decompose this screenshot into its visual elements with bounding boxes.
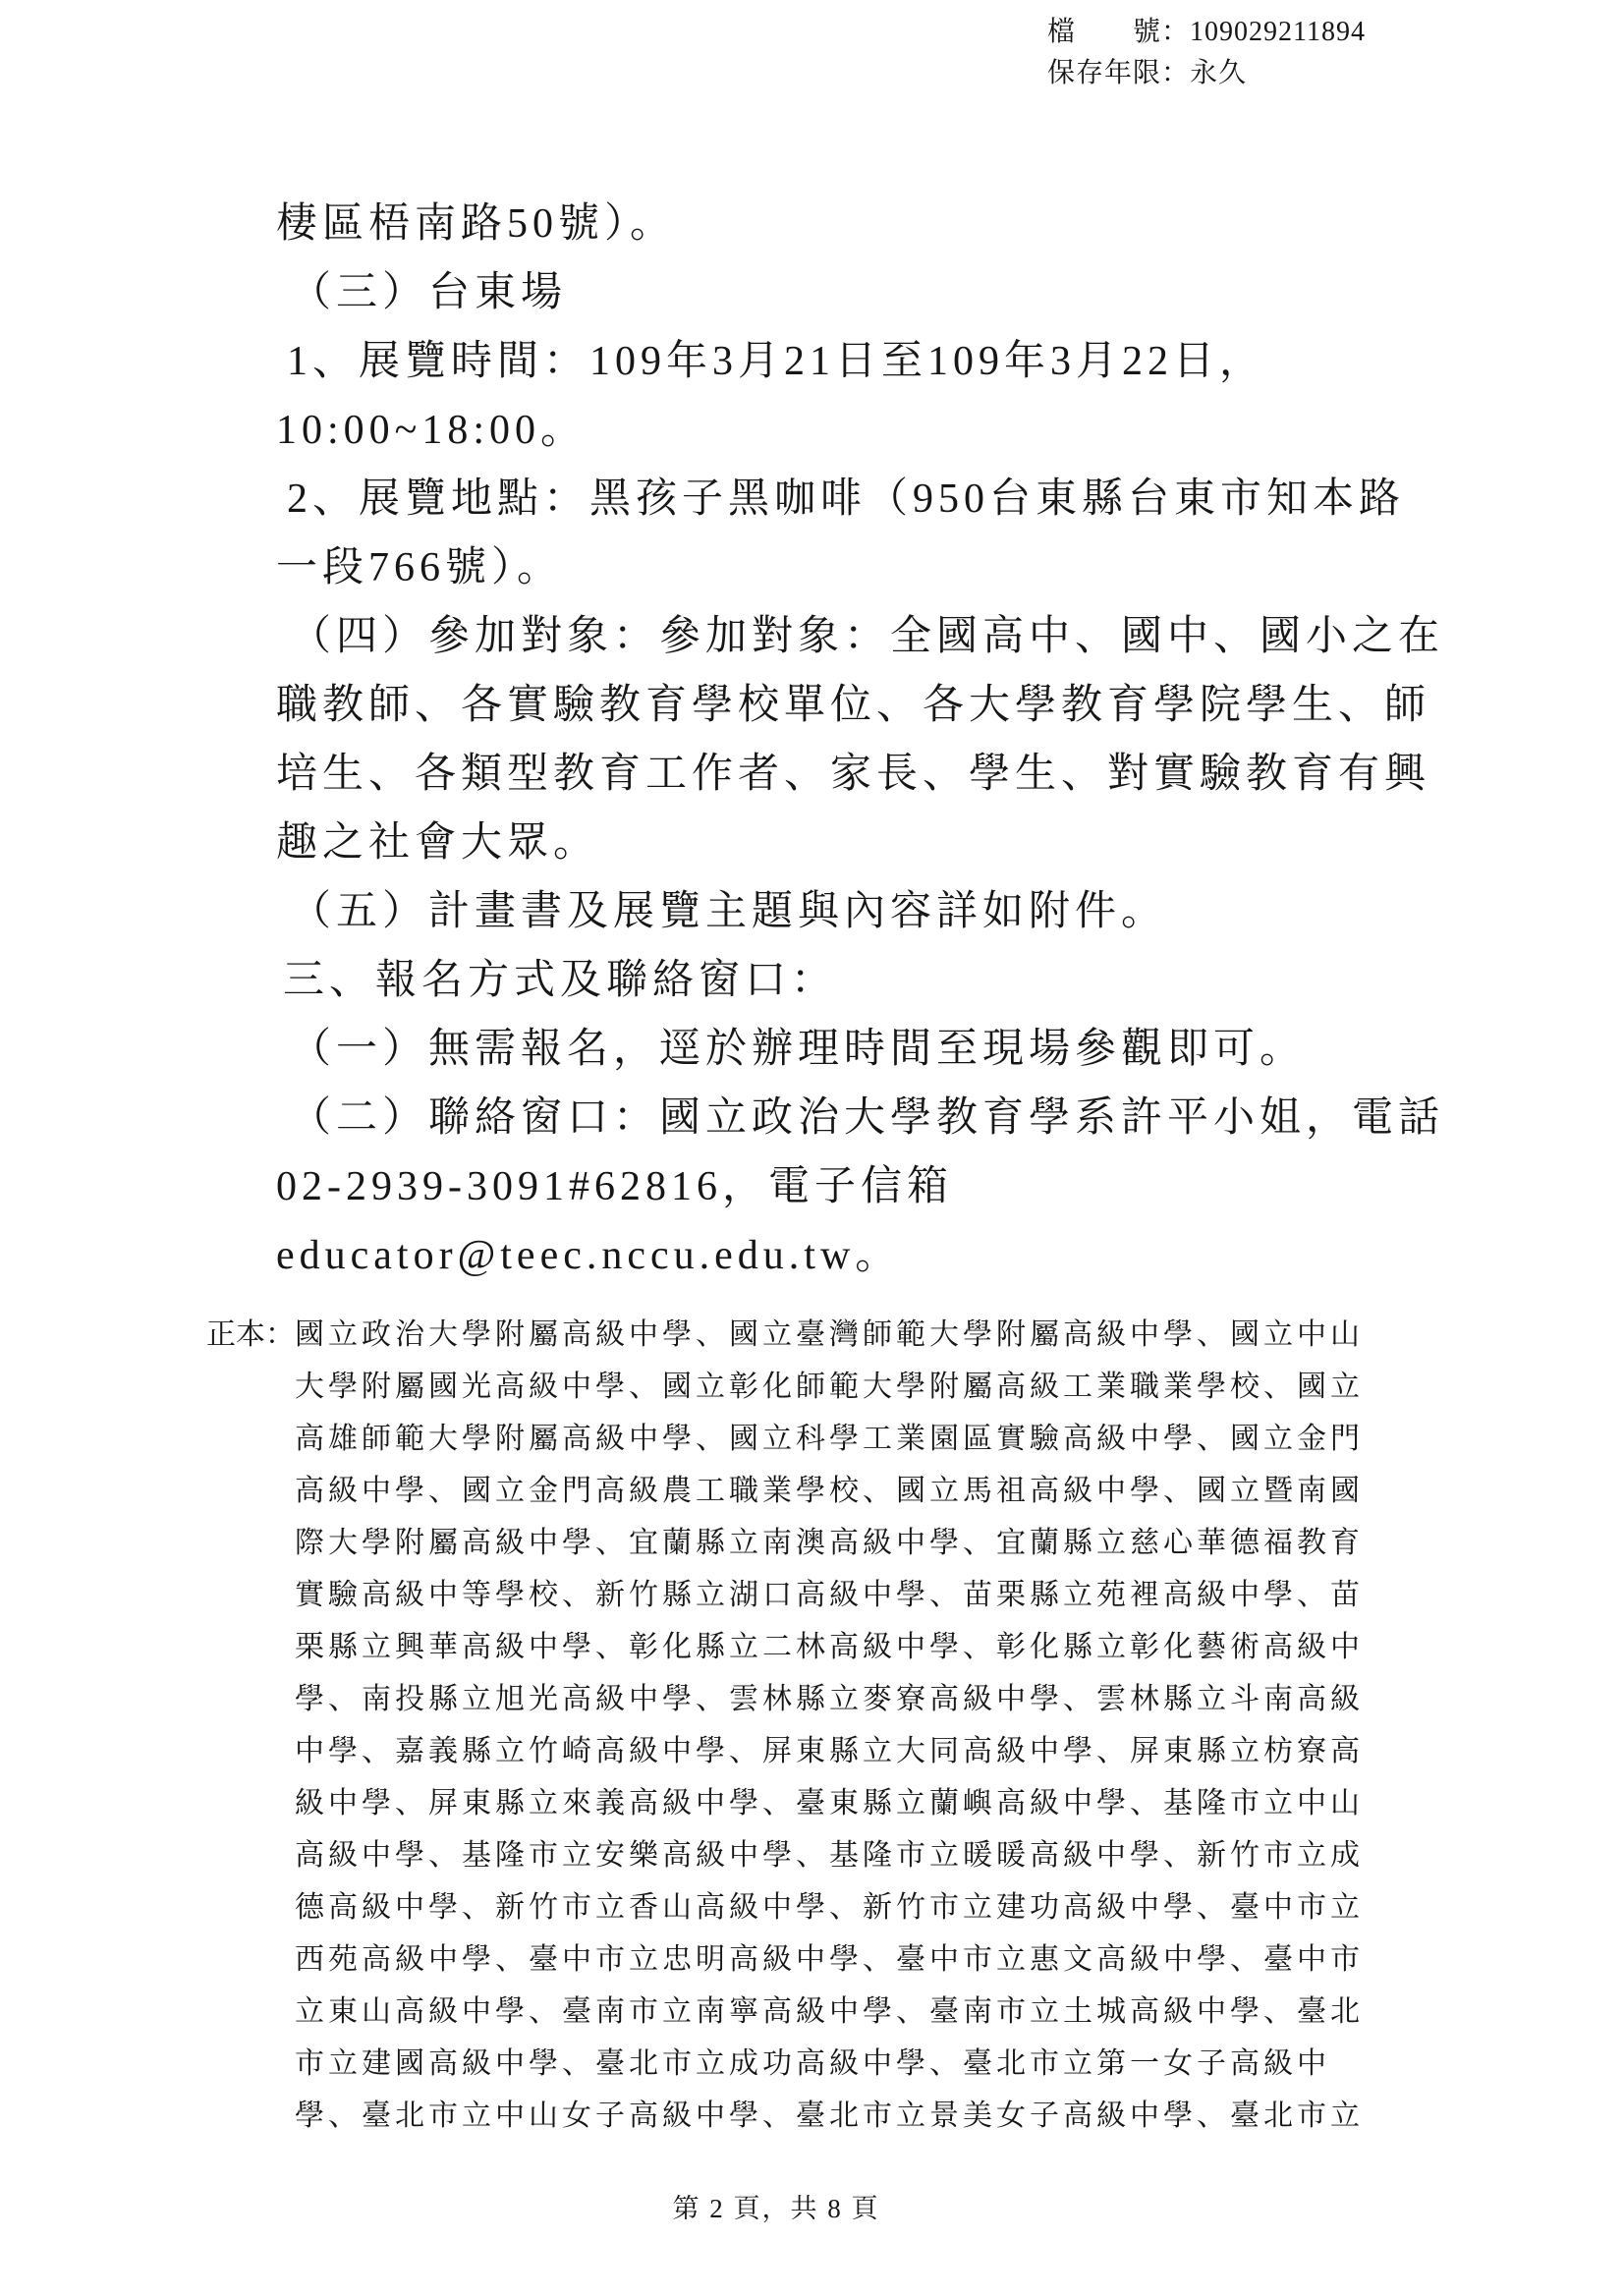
recipient-line: 國立政治大學附屬高級中學、國立臺灣師範大學附屬高級中學、國立中山: [295, 1309, 1364, 1361]
recipient-line: 西苑高級中學、臺中市立忠明高級中學、臺中市立惠文高級中學、臺中市: [295, 1933, 1364, 1986]
page-indicator: 第 2 頁，共 8 頁: [0, 2191, 1552, 2226]
recipient-line: 實驗高級中等學校、新竹縣立湖口高級中學、苗栗縣立苑裡高級中學、苗: [295, 1569, 1364, 1621]
recipient-line: 立東山高級中學、臺南市立南寧高級中學、臺南市立土城高級中學、臺北: [295, 1986, 1364, 2038]
recipients-list: 國立政治大學附屬高級中學、國立臺灣師範大學附屬高級中學、國立中山大學附屬國光高級…: [295, 1309, 1364, 2142]
recipient-line: 大學附屬國光高級中學、國立彰化師範大學附屬高級工業職業學校、國立: [295, 1361, 1364, 1413]
body-line: 職教師、各實驗教育學校單位、各大學教育學院學生、師: [276, 671, 1624, 740]
recipient-line: 栗縣立興華高級中學、彰化縣立二林高級中學、彰化縣立彰化藝術高級中: [295, 1621, 1364, 1673]
recipient-line: 學、南投縣立旭光高級中學、雲林縣立麥寮高級中學、雲林縣立斗南高級: [295, 1673, 1364, 1725]
recipient-line: 高級中學、國立金門高級農工職業學校、國立馬祖高級中學、國立暨南國: [295, 1465, 1364, 1517]
body-line: 三、報名方式及聯絡窗口：: [283, 946, 1624, 1015]
body-line: 10:00~18:00。: [276, 396, 1624, 465]
recipients-label: 正本：: [206, 1309, 295, 1361]
body-line: 趣之社會大眾。: [276, 809, 1624, 877]
body-line: （五）計畫書及展覽主題與內容詳如附件。: [290, 877, 1624, 946]
body-line: 1、展覽時間：109年3月21日至109年3月22日，: [287, 327, 1624, 396]
body-line: （四）參加對象：參加對象：全國高中、國中、國小之在: [290, 602, 1624, 671]
document-page: 檔 號：109029211894 保存年限：永久 棲區梧南路50號）。（三）台東…: [0, 0, 1624, 2296]
recipient-line: 際大學附屬高級中學、宜蘭縣立南澳高級中學、宜蘭縣立慈心華德福教育: [295, 1517, 1364, 1569]
recipient-line: 市立建國高級中學、臺北市立成功高級中學、臺北市立第一女子高級中: [295, 2038, 1364, 2090]
body-line: 2、展覽地點：黑孩子黑咖啡（950台東縣台東市知本路: [287, 465, 1624, 533]
body-line: （二）聯絡窗口：國立政治大學教育學系許平小姐，電話: [290, 1084, 1624, 1152]
recipient-line: 高級中學、基隆市立安樂高級中學、基隆市立暖暖高級中學、新竹市立成: [295, 1829, 1364, 1881]
recipient-line: 德高級中學、新竹市立香山高級中學、新竹市立建功高級中學、臺中市立: [295, 1881, 1364, 1933]
body-line: educator@teec.nccu.edu.tw。: [276, 1221, 1624, 1290]
recipient-line: 學、臺北市立中山女子高級中學、臺北市立景美女子高級中學、臺北市立: [295, 2090, 1364, 2142]
body-line: （三）台東場: [290, 258, 1624, 327]
body-line: 02-2939-3091#62816，電子信箱: [276, 1152, 1624, 1221]
archive-header: 檔 號：109029211894 保存年限：永久: [1047, 12, 1366, 94]
recipients-block: 正本： 國立政治大學附屬高級中學、國立臺灣師範大學附屬高級中學、國立中山大學附屬…: [206, 1309, 1364, 2142]
body-line: 一段766號）。: [276, 533, 1624, 602]
retention-line: 保存年限：永久: [1047, 53, 1366, 94]
recipient-line: 高雄師範大學附屬高級中學、國立科學工業園區實驗高級中學、國立金門: [295, 1413, 1364, 1465]
recipient-line: 中學、嘉義縣立竹崎高級中學、屏東縣立大同高級中學、屏東縣立枋寮高: [295, 1725, 1364, 1777]
document-body: 棲區梧南路50號）。（三）台東場1、展覽時間：109年3月21日至109年3月2…: [0, 190, 1624, 1290]
body-line: （一）無需報名，逕於辦理時間至現場參觀即可。: [290, 1015, 1624, 1084]
recipient-line: 級中學、屏東縣立來義高級中學、臺東縣立蘭嶼高級中學、基隆市立中山: [295, 1777, 1364, 1829]
body-line: 培生、各類型教育工作者、家長、學生、對實驗教育有興: [276, 740, 1624, 809]
file-number-line: 檔 號：109029211894: [1047, 12, 1366, 53]
body-line: 棲區梧南路50號）。: [276, 190, 1624, 258]
